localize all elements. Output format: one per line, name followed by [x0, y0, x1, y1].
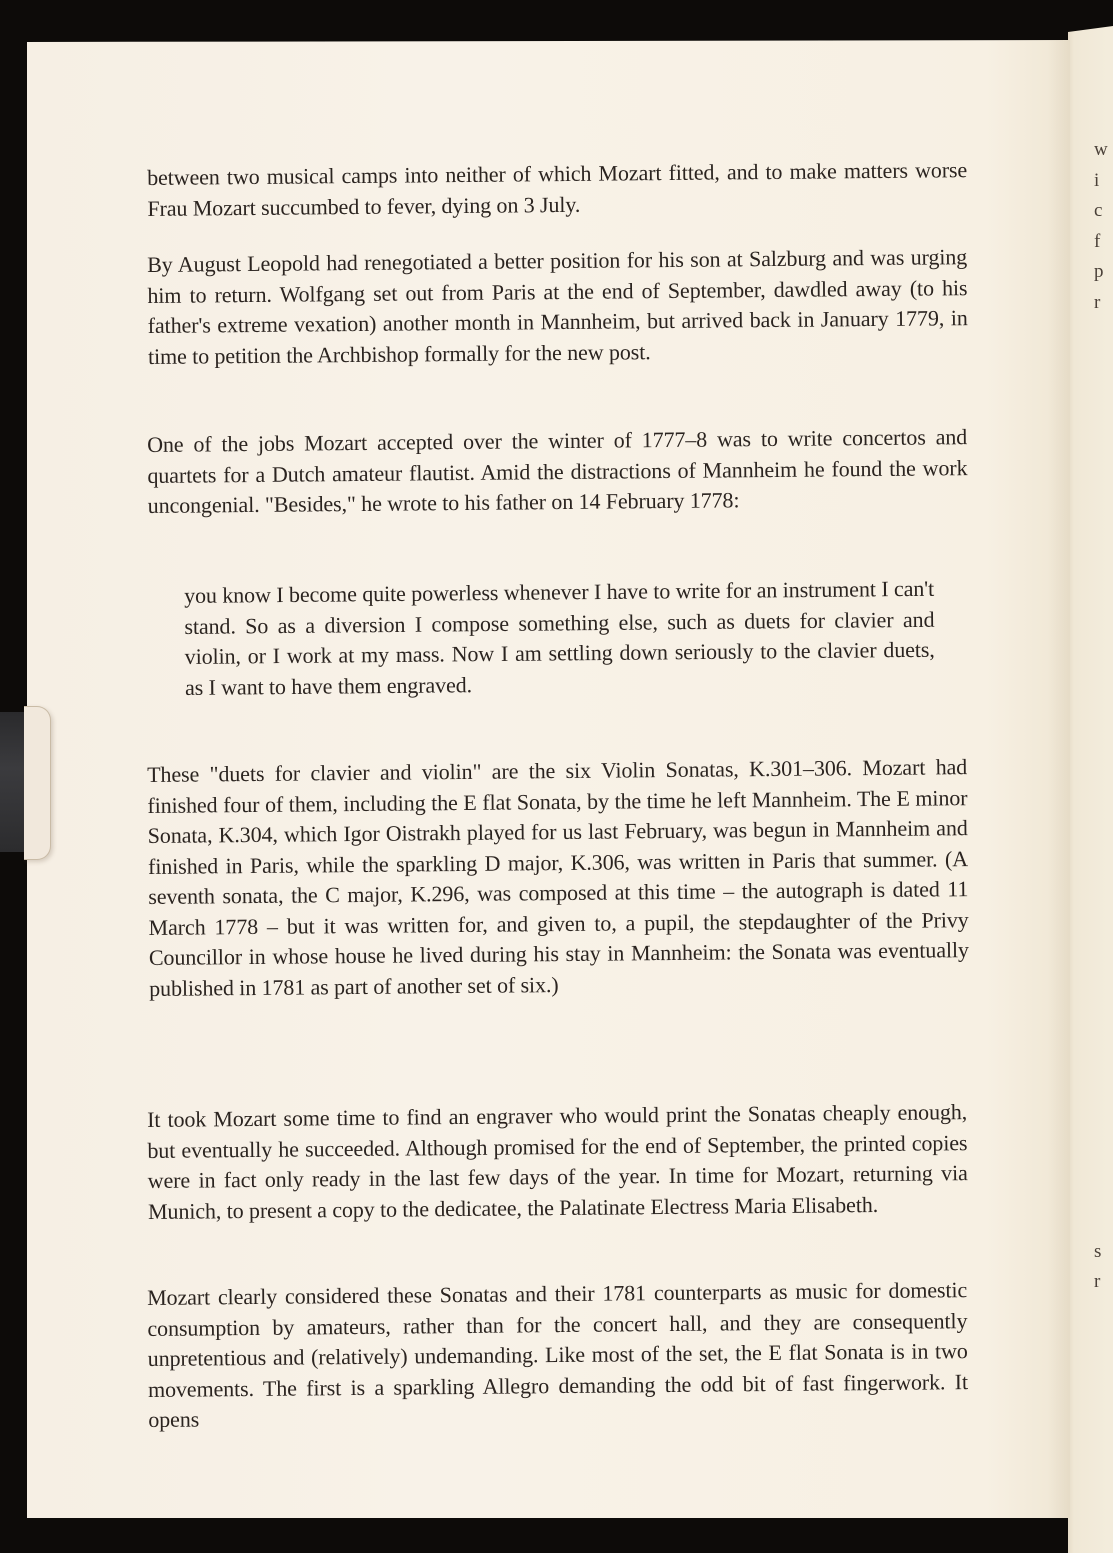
paragraph-5: It took Mozart some time to find an engr… [147, 1097, 968, 1227]
next-page-letter: s [1094, 1242, 1101, 1261]
next-page-letter: p [1094, 262, 1104, 281]
next-page-letter: f [1094, 232, 1100, 251]
block-quote: you know I become quite powerless whenev… [184, 574, 935, 703]
binding-tab [0, 712, 27, 852]
paragraph-4: These "duets for clavier and violin" are… [147, 752, 969, 1004]
paragraph-1: between two musical camps into neither o… [147, 155, 968, 224]
binding-clip [24, 706, 51, 860]
next-page-letter: w [1094, 140, 1108, 159]
paragraph-6: Mozart clearly considered these Sonatas … [147, 1275, 968, 1435]
page-gutter-shadow [1048, 40, 1070, 1518]
next-page-letter: r [1094, 293, 1100, 312]
next-page-letter: i [1094, 171, 1099, 190]
next-page-letter: c [1094, 201, 1102, 220]
next-page-letter: r [1094, 1272, 1100, 1291]
next-page-edge [1068, 26, 1113, 1553]
paragraph-3: One of the jobs Mozart accepted over the… [147, 422, 968, 521]
paragraph-2: By August Leopold had renegotiated a bet… [147, 242, 968, 372]
